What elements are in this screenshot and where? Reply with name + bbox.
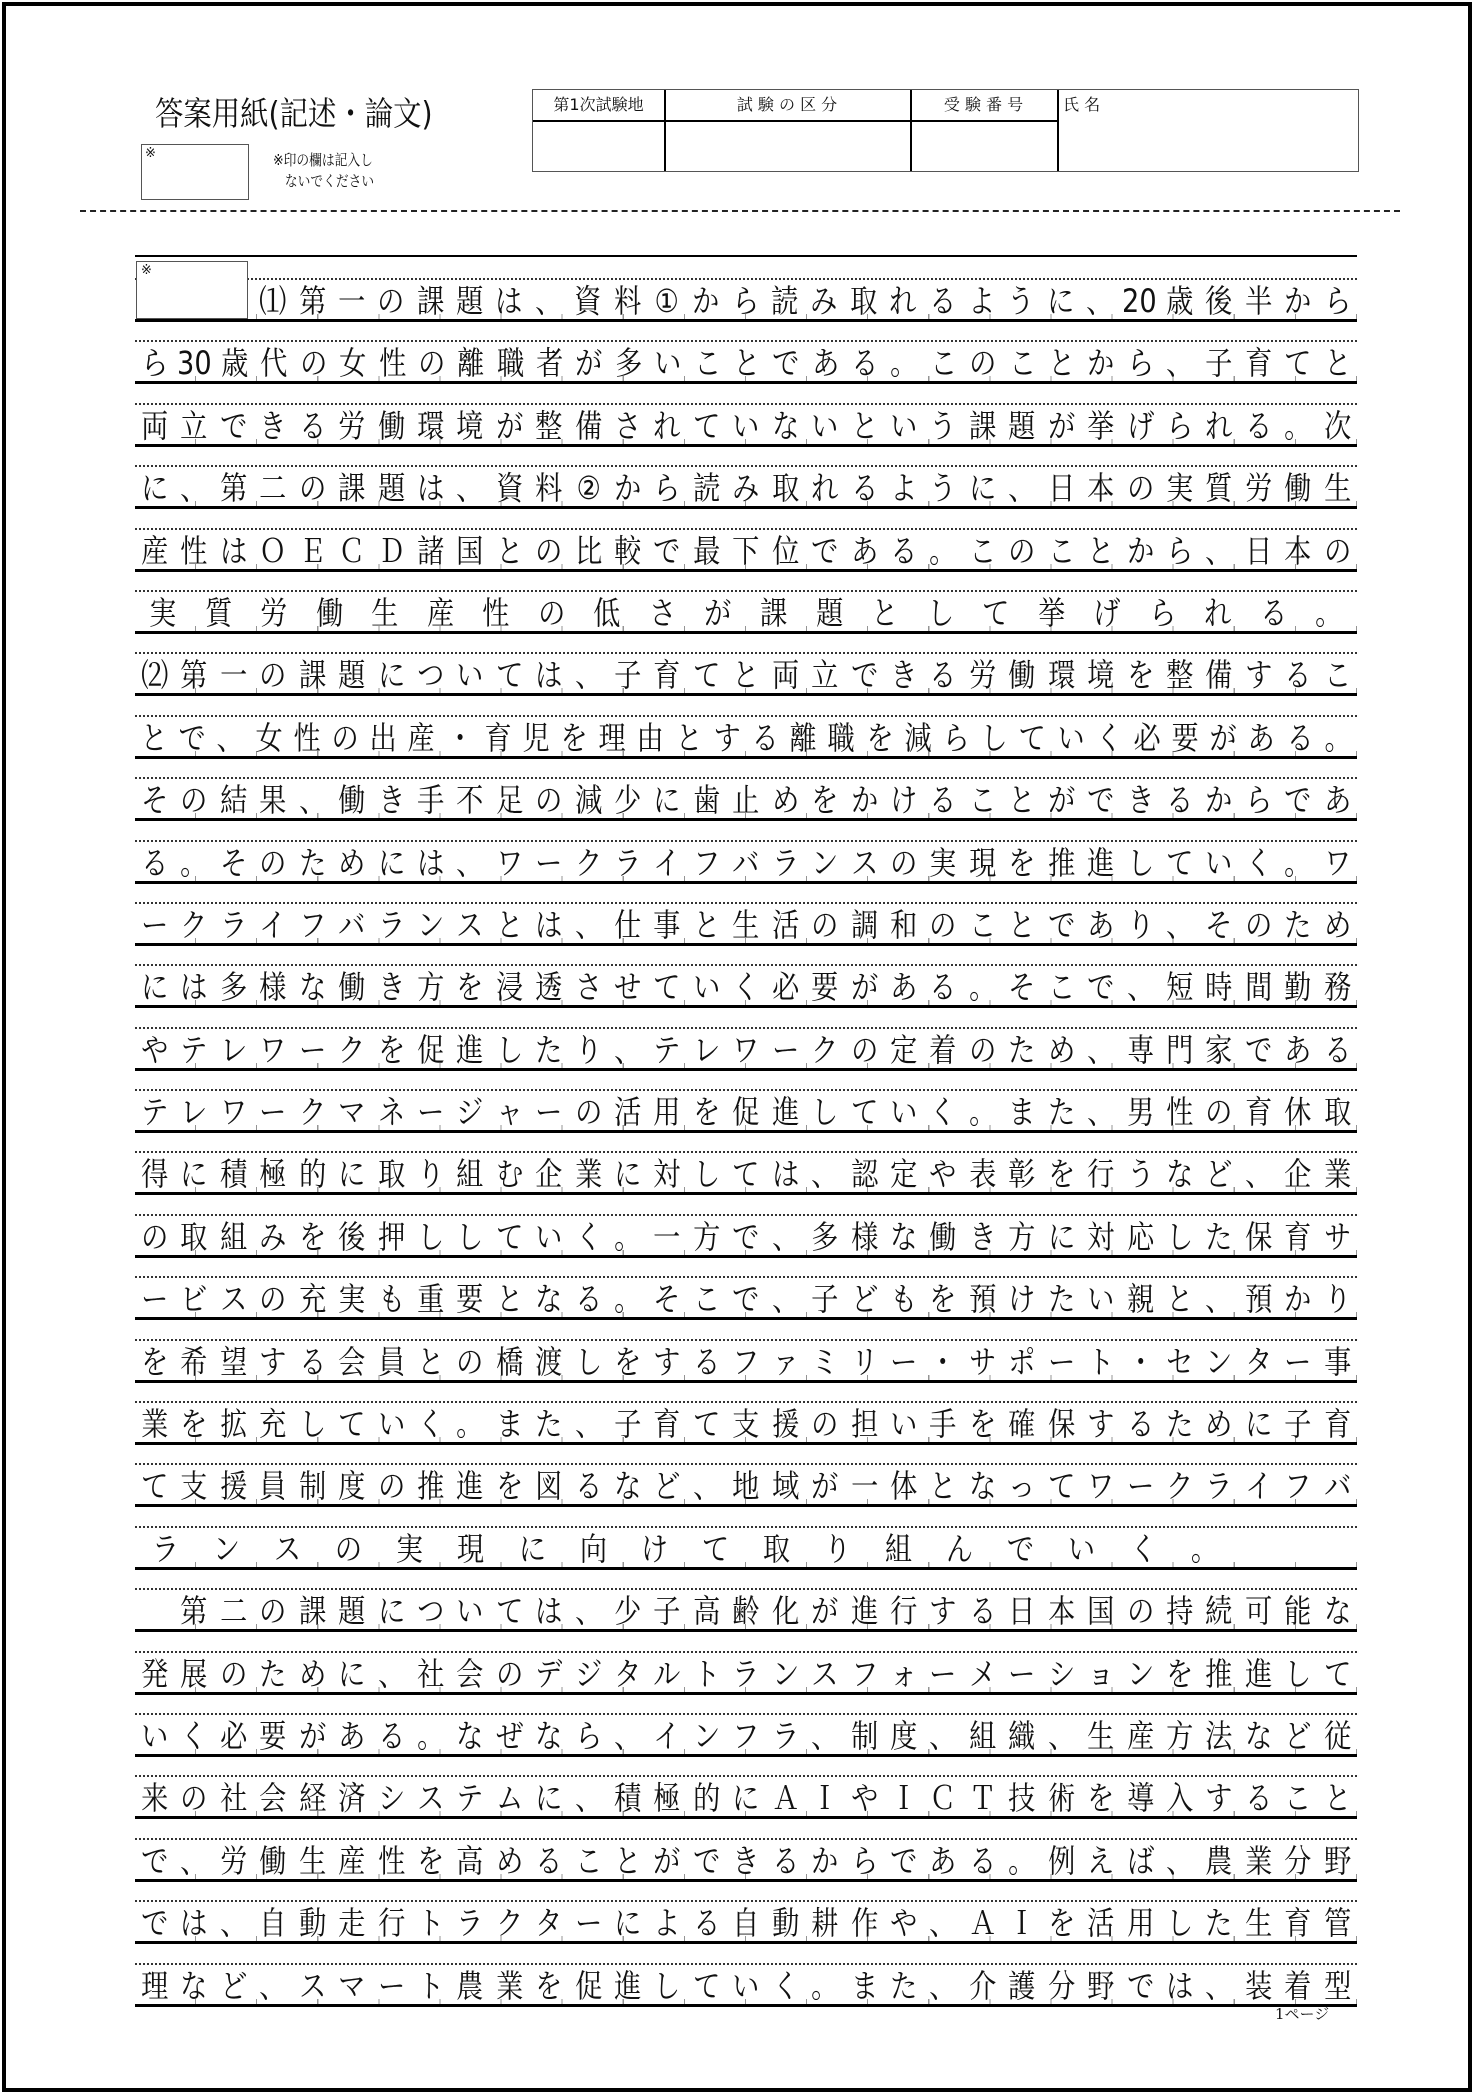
page-number: 1ページ (1275, 2003, 1329, 2024)
answer-row: ら30歳代の女性の離職者が多いことである。このことから、子育てと (135, 324, 1357, 386)
row-guide-dotted (135, 278, 1357, 280)
row-guide-dotted (135, 465, 1357, 467)
header-name: 氏 名 (1063, 90, 1143, 120)
row-baseline (135, 1816, 1357, 1819)
row-baseline (135, 1754, 1357, 1757)
row-baseline (135, 693, 1357, 696)
row-guide-dotted (135, 1900, 1357, 1902)
table-header-divider (533, 120, 1057, 122)
row-baseline (135, 1629, 1357, 1632)
row-baseline (135, 818, 1357, 821)
answer-row: その結果、働き手不足の減少に歯止めをかけることができるからであ (135, 761, 1357, 823)
row-guide-dotted (135, 590, 1357, 592)
answer-row: とで、女性の出産・育児を理由とする離職を減らしていく必要がある。 (135, 699, 1357, 761)
answer-row: に、第二の課題は、資料②から読み取れるように、日本の実質労働生 (135, 449, 1357, 511)
row-guide-dotted (135, 1775, 1357, 1777)
row-guide-dotted (135, 1276, 1357, 1278)
row-baseline (135, 319, 1357, 322)
row-baseline (135, 1255, 1357, 1258)
row-baseline (135, 1068, 1357, 1071)
row-baseline (135, 1005, 1357, 1008)
reference-mark: ※ (145, 146, 156, 161)
row-guide-dotted (135, 715, 1357, 717)
row-baseline (135, 1130, 1357, 1133)
row-baseline (135, 1692, 1357, 1695)
office-use-box: ※ (141, 144, 249, 200)
row-baseline (135, 1380, 1357, 1383)
row-baseline (135, 631, 1357, 634)
page-title: 答案用紙(記述・論文) (155, 88, 433, 135)
row-guide-dotted (135, 528, 1357, 530)
answer-row: ランスの実現に向けて取り組んでいく。 (135, 1510, 1357, 1572)
office-use-note: ※印の欄は記入し ないでください (273, 150, 374, 192)
office-use-note-line2: ないでください (273, 171, 374, 192)
row-guide-dotted (135, 403, 1357, 405)
row-baseline (135, 2004, 1357, 2007)
row-guide-dotted (135, 840, 1357, 842)
answer-row: の取組みを後押ししていく。一方で、多様な働き方に対応した保育サ (135, 1198, 1357, 1260)
score-box: ※ (136, 261, 248, 319)
answer-row: を希望する会員との橋渡しをするファミリー・サポート・センター事 (135, 1323, 1357, 1385)
row-guide-dotted (135, 964, 1357, 966)
exam-site-field[interactable] (537, 126, 657, 166)
exam-category-field[interactable] (669, 126, 905, 166)
answer-row: て支援員制度の推進を図るなど、地域が一体となってワークライフバ (135, 1447, 1357, 1509)
answer-row: ⑵第一の課題については、子育てと両立できる労働環境を整備するこ (135, 636, 1357, 698)
answer-row: 理など、スマート農業を促進していく。また、介護分野では、装着型 (135, 1947, 1357, 2009)
answer-row: ークライフバランスとは、仕事と生活の調和のことであり、そのため (135, 886, 1357, 948)
row-baseline (135, 881, 1357, 884)
row-guide-dotted (135, 777, 1357, 779)
answer-row: 両立できる労働環境が整備されていないという課題が挙げられる。次 (135, 387, 1357, 449)
answer-row: る。そのためには、ワークライフバランスの実現を推進していく。ワ (135, 824, 1357, 886)
row-guide-dotted (135, 1339, 1357, 1341)
answer-row: テレワークマネージャーの活用を促進していく。また、男性の育休取 (135, 1073, 1357, 1135)
row-guide-dotted (135, 652, 1357, 654)
examinee-info-table: 第1次試験地 試 験 の 区 分 受 験 番 号 氏 名 (532, 89, 1359, 172)
row-baseline (135, 1941, 1357, 1944)
row-baseline (135, 1442, 1357, 1445)
row-baseline (135, 1567, 1357, 1570)
row-guide-dotted (135, 1526, 1357, 1528)
row-baseline (135, 756, 1357, 759)
answer-row: では、自動走行トラクターによる自動耕作や、ＡＩを活用した生育管 (135, 1884, 1357, 1946)
row-baseline (135, 1317, 1357, 1320)
answer-row: 第二の課題については、少子高齢化が進行する日本国の持続可能な (135, 1572, 1357, 1634)
row-guide-dotted (135, 340, 1357, 342)
row-guide-dotted (135, 1651, 1357, 1653)
score-reference-mark: ※ (141, 263, 152, 278)
cut-line-separator (80, 210, 1400, 212)
row-baseline (135, 444, 1357, 447)
answer-row: 実質労働生産性の低さが課題として挙げられる。 (135, 574, 1357, 636)
row-baseline (135, 506, 1357, 509)
answer-row: 産性はＯＥＣＤ諸国との比較で最下位である。このことから、日本の (135, 512, 1357, 574)
exam-number-field[interactable] (915, 126, 1051, 166)
row-guide-dotted (135, 1963, 1357, 1965)
row-baseline (135, 1879, 1357, 1882)
answer-row: 得に積極的に取り組む企業に対しては、認定や表彰を行うなど、企業 (135, 1135, 1357, 1197)
header-exam-site: 第1次試験地 (533, 90, 664, 120)
row-baseline (135, 1504, 1357, 1507)
row-guide-dotted (135, 1838, 1357, 1840)
row-guide-dotted (135, 1713, 1357, 1715)
answer-row: 来の社会経済システムに、積極的にＡＩやＩＣＴ技術を導入すること (135, 1759, 1357, 1821)
row-guide-dotted (135, 1588, 1357, 1590)
answer-row: ⑴第一の課題は、資料①から読み取れるように、20歳後半から (135, 262, 1357, 324)
row-guide-dotted (135, 1089, 1357, 1091)
answer-area-top-rule (135, 255, 1357, 257)
answer-row: には多様な働き方を浸透させていく必要がある。そこで、短時間勤務 (135, 948, 1357, 1010)
answer-row: 業を拡充していく。また、子育て支援の担い手を確保するために子育 (135, 1385, 1357, 1447)
header-exam-category: 試 験 の 区 分 (664, 90, 910, 120)
header-exam-number: 受 験 番 号 (910, 90, 1057, 120)
answer-row: で、労働生産性を高めることができるからである。例えば、農業分野 (135, 1822, 1357, 1884)
row-baseline (135, 943, 1357, 946)
answer-row: ービスの充実も重要となる。そこで、子どもを預けたい親と、預かり (135, 1260, 1357, 1322)
answer-row: やテレワークを促進したり、テレワークの定着のため、専門家である (135, 1011, 1357, 1073)
answer-grid: ⑴第一の課題は、資料①から読み取れるように、20歳後半からら30歳代の女性の離職… (135, 262, 1357, 2009)
answer-row: いく必要がある。なぜなら、インフラ、制度、組織、生産方法など従 (135, 1697, 1357, 1759)
office-use-note-line1: ※印の欄は記入し (273, 151, 373, 169)
name-field[interactable] (1063, 122, 1353, 168)
row-guide-dotted (135, 1214, 1357, 1216)
answer-row: 発展のために、社会のデジタルトランスフォーメーションを推進して (135, 1635, 1357, 1697)
row-guide-dotted (135, 1401, 1357, 1403)
row-guide-dotted (135, 1151, 1357, 1153)
row-baseline (135, 1192, 1357, 1195)
row-baseline (135, 569, 1357, 572)
row-guide-dotted (135, 1463, 1357, 1465)
row-guide-dotted (135, 902, 1357, 904)
row-baseline (135, 381, 1357, 384)
row-guide-dotted (135, 1027, 1357, 1029)
